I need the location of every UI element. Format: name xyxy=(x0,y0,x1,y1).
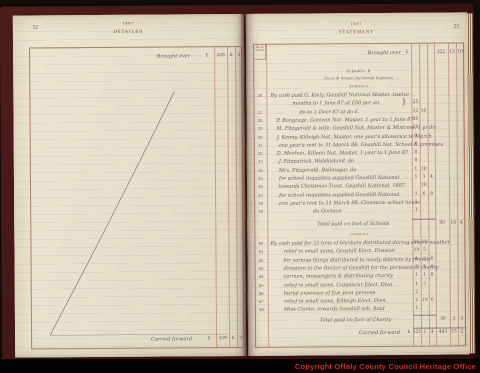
voucher-number: 45 xyxy=(256,282,267,287)
entry-text: By cash paid G. Kiely, Geashill National… xyxy=(270,92,409,99)
entry-text: for various things distributed to needy … xyxy=(284,256,431,263)
carried-forward-label: Carried forward xyxy=(122,336,192,342)
pounds-value: 1 xyxy=(412,166,420,171)
voucher-number: 43 xyxy=(256,266,267,271)
shillings-value: 10 xyxy=(421,298,429,303)
pounds-value: 1 xyxy=(412,191,420,196)
schools-total-label: Total paid on foot of Schools xyxy=(317,221,389,228)
currency-symbol: £ xyxy=(204,336,214,341)
carried-forward-label: Carried forward xyxy=(338,330,400,336)
pence-value: 0 xyxy=(458,316,466,321)
shillings-value: 10 xyxy=(420,240,428,245)
entry-text: relief in small sums, Cappincur Elect. D… xyxy=(284,281,394,288)
entry-text: carmen, messengers & distributing charit… xyxy=(284,273,393,280)
copyright-bar: Copyright Offaly County Council Heritage… xyxy=(0,359,480,373)
entry-text: P. Bongrage, Gorteen Nat. Master, 1 year… xyxy=(277,117,414,124)
pounds-value: 4 xyxy=(413,256,421,261)
left-page-year: 1887 xyxy=(13,20,244,27)
voucher-number: 30 xyxy=(255,134,266,139)
charity-total-row: Total paid on foot of Charity 30 3 0 xyxy=(256,316,467,325)
pence-value: 2 xyxy=(458,329,466,334)
sum-rule xyxy=(412,219,435,220)
voucher-number: 28 xyxy=(255,118,266,123)
entry-text: for school requisites supplied Geashill … xyxy=(279,175,399,182)
voucher-number: 33 xyxy=(255,159,266,164)
voucher-number: 31 xyxy=(255,143,266,148)
carried-forward-row: Carried forward £ 121 1 4 443 15 2 xyxy=(256,329,467,338)
shillings-value: 1 xyxy=(421,273,429,278)
brace-mark: } xyxy=(401,97,406,106)
entry-text: Mrs. Fitzgerald, Ballinagar, do xyxy=(279,167,357,174)
pounds-value: 20 xyxy=(412,117,420,122)
currency-symbol: £ xyxy=(405,330,413,335)
pounds-value: 1 xyxy=(413,306,421,311)
pounds-value: 20 xyxy=(412,125,420,130)
brought-over-label: Brought over xyxy=(339,50,401,56)
voucher-number: 42 xyxy=(256,257,267,262)
entry-text: relief in small sums, Geashill Elect. Di… xyxy=(283,248,394,255)
schools-heading: SCHOOLS xyxy=(254,83,463,88)
shillings-value: 18 xyxy=(449,220,457,225)
table-row: 39 do Gorteen 1 xyxy=(255,208,466,217)
pounds-value: 5 xyxy=(413,265,421,270)
voucher-number: 39 xyxy=(255,209,266,214)
voucher-number: 29 xyxy=(255,126,266,131)
pence-value: 4 xyxy=(429,330,436,335)
charity-total-label: Total paid on foot of Charity xyxy=(320,317,391,323)
shillings-value: 6 xyxy=(420,191,428,196)
pounds-value: 30 xyxy=(436,317,450,322)
entry-text: burial expenses of five poor persons xyxy=(284,290,376,297)
entry-text: for school requisites supplied Geashill … xyxy=(279,191,399,198)
shillings-value: 10 xyxy=(419,108,427,113)
entry-text: towards Christmas Treat, Geashill Nation… xyxy=(279,183,405,190)
voucher-number: 38 xyxy=(255,201,266,206)
charity-heading: CHARITY xyxy=(255,231,464,236)
pounds-value: 25 xyxy=(411,100,419,105)
pence-value: 4 xyxy=(457,220,465,225)
entry-text: do Gorteen xyxy=(313,208,341,214)
pence-value: 4 xyxy=(428,175,435,180)
shillings-value: 3 xyxy=(450,316,458,321)
pounds-value: 4 xyxy=(412,142,420,147)
pence-value: 6 xyxy=(429,256,436,261)
pence-value: 0 xyxy=(429,265,436,270)
voucher-number: 48 xyxy=(256,307,267,312)
ledger-book: 22 1887 DETAILED Brought over £ 329 6 1 xyxy=(0,3,476,362)
voucher-number: 26 xyxy=(254,93,265,98)
pounds-value: 2 xyxy=(413,298,421,303)
pounds-value: 443 xyxy=(436,330,450,335)
pence-value: 8 xyxy=(428,191,435,196)
shillings-value: 3 xyxy=(420,175,428,180)
pounds-value: 1 xyxy=(413,273,421,278)
pounds-value: 8 xyxy=(412,150,420,155)
entry-text: D. Meehan, Killeen Nat. Master, 1 year t… xyxy=(277,150,408,157)
right-page: 23 1887 STATEMENT No. of Vouchr Brought … xyxy=(246,12,469,356)
pounds-value: 121 xyxy=(413,330,421,335)
voucher-number: 44 xyxy=(256,274,267,279)
pounds-value: 2 xyxy=(413,290,421,295)
pence-value: 10 xyxy=(456,49,464,54)
copyright-text: Copyright Offaly County Council Heritage… xyxy=(295,362,476,371)
left-page-section-title: DETAILED xyxy=(13,28,244,35)
shillings-value: 5 xyxy=(421,281,429,286)
right-page-section-title: STATEMENT xyxy=(246,28,467,35)
voucher-number: 40 xyxy=(255,241,266,246)
shillings-value: 13 xyxy=(448,49,456,54)
entry-text: relief in small sums, Killeigh Elect. Di… xyxy=(284,298,387,305)
schools-total-row: Total paid on foot of Schools 90 18 4 xyxy=(255,220,466,229)
shillings-value: 5 xyxy=(420,248,428,253)
shillings-value: 10 xyxy=(420,166,428,171)
entry-text: do to 1 Decr 87 at do £ xyxy=(299,109,357,115)
shillings-value: 2 xyxy=(421,256,429,261)
pounds-value: 10 xyxy=(412,248,420,253)
voucher-number: 27 xyxy=(254,109,265,114)
left-ruled-frame: Brought over £ 329 6 1 Carried forward £… xyxy=(29,46,244,349)
diagonal-cancellation-stroke xyxy=(30,47,245,350)
pounds-value: 322 xyxy=(434,50,448,55)
voucher-number: 36 xyxy=(255,184,266,189)
ledger-photograph: 22 1887 DETAILED Brought over £ 329 6 1 xyxy=(0,0,480,373)
right-page-year: 1887 xyxy=(246,20,467,27)
entry-text: Miss Clarke, towards Geashill sch. fund xyxy=(284,306,385,313)
shillings-value: 10 xyxy=(420,183,428,188)
pounds-value: 1 xyxy=(412,200,420,205)
pounds-value: 8 xyxy=(412,133,420,138)
brought-over-row: Brought over £ 322 13 10 xyxy=(254,49,465,58)
entry-text: months to 1 June 87 at £50 per an xyxy=(292,100,379,107)
right-ruled-frame: No. of Vouchr Brought over £ 322 13 10 S… xyxy=(253,42,466,347)
voucher-number: 34 xyxy=(255,167,266,172)
pounds-value: 90 xyxy=(435,221,449,226)
voucher-number: 46 xyxy=(256,291,267,296)
pounds-value: 1 xyxy=(412,208,420,213)
sum-rule xyxy=(413,315,436,316)
shillings-value: 6 xyxy=(229,336,237,341)
pounds-value: 329 xyxy=(216,336,229,341)
schedule-subtitle: Fines & Annual Incidental Expenses xyxy=(254,74,463,80)
shillings-value: 1 xyxy=(421,330,429,335)
pounds-value: 12 xyxy=(411,108,419,113)
carried-forward-row: Carried forward £ 329 6 1 xyxy=(32,336,245,345)
pounds-value: 10 xyxy=(412,240,420,245)
voucher-number: 37 xyxy=(255,192,266,197)
currency-symbol: £ xyxy=(403,50,411,55)
entry-text: one year's rent to 31 March 88, Clonmore… xyxy=(279,200,420,207)
entry-text: J. Kenny, Killeigh Nat. Master, one year… xyxy=(277,133,432,140)
voucher-number: 47 xyxy=(256,299,267,304)
pounds-value: 1 xyxy=(412,175,420,180)
pounds-value: 1 xyxy=(413,281,421,286)
left-page: 22 1887 DETAILED Brought over £ 329 6 1 xyxy=(13,14,246,358)
shillings-value: 15 xyxy=(450,329,458,334)
pence-value: 0 xyxy=(429,273,436,278)
entry-text: J. Fitzpatrick, Walshisland, do xyxy=(279,159,354,166)
pounds-value: 8 xyxy=(412,158,420,163)
shillings-value: 5 xyxy=(421,265,429,270)
voucher-number: 32 xyxy=(255,151,266,156)
schedule-title: Schedule B xyxy=(254,67,463,73)
pence-value: 6 xyxy=(429,298,436,303)
voucher-number: 41 xyxy=(255,249,266,254)
voucher-number: 35 xyxy=(255,176,266,181)
